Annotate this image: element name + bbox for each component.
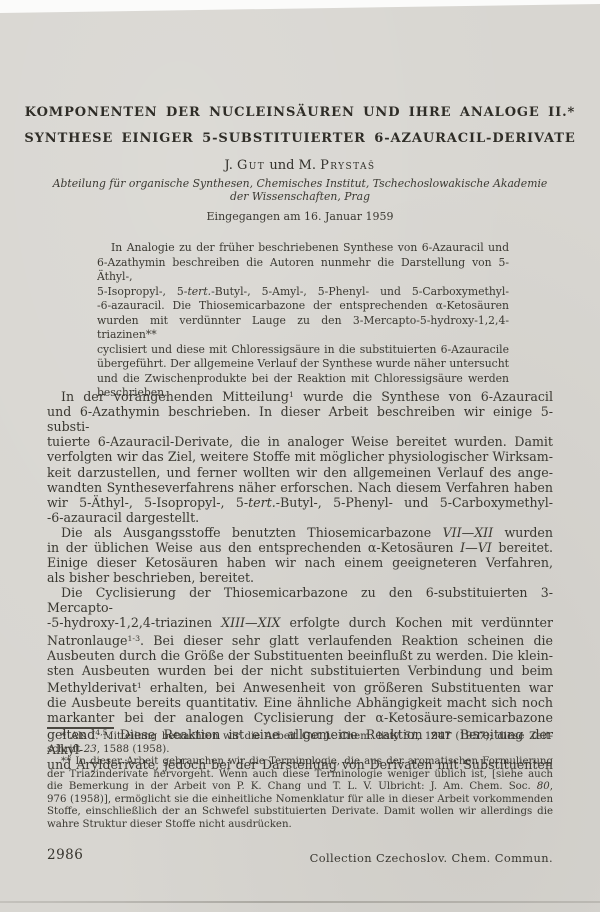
text-run: ** In dieser Arbeit gebrauchen wir die T…: [61, 756, 553, 767]
author1-surname: Gut: [237, 158, 265, 173]
text-run: und die Zwischenprodukte bei der Reaktio…: [97, 372, 509, 385]
text-run: -5-hydroxy-1,2,4-triazinen: [47, 615, 221, 630]
text-line: 5-Isopropyl-, 5-tert.-Butyl-, 5-Amyl-, 5…: [97, 285, 509, 300]
text-run: sten Ausbeuten wurden bei der nicht subs…: [47, 663, 553, 678]
text-run: Ausbeuten durch die Größe der Substituen…: [47, 648, 553, 663]
text-run: , 1588 (1958).: [97, 744, 170, 755]
text-run: verfolgten wir das Ziel, weitere Stoffe …: [47, 449, 553, 464]
text-line: tuierte 6-Azauracil-Derivate, die in ana…: [47, 434, 553, 449]
text-run: 976 (1958)], ermöglicht sie die einheitl…: [47, 794, 553, 805]
text-line: Natronlauge1-3. Bei dieser sehr glatt ve…: [47, 631, 553, 648]
text-run: in der üblichen Weise aus den entspreche…: [47, 540, 460, 555]
text-run: XIII—XIX: [221, 615, 280, 630]
text-run: wurde die Synthese von 6-Azauracil: [294, 389, 553, 404]
authors-connector: und: [265, 158, 298, 173]
text-line: und 6-Azathymin beschrieben. In dieser A…: [47, 404, 553, 434]
text-run: wurden: [493, 525, 553, 540]
text-line: wurden mit verdünnter Lauge zu den 3-Mer…: [97, 314, 509, 343]
text-run: 5-Isopropyl-, 5-: [97, 285, 187, 298]
text-run: * Als I. Mitteilung betrachten wir die A…: [61, 731, 404, 742]
author1-initials: J.: [225, 158, 237, 173]
text-line: der Triazinderivate hervorgeht. Wenn auc…: [47, 769, 553, 782]
text-run: keit darzustellen, und ferner wollten wi…: [47, 465, 553, 480]
text-run: -Butyl-, 5-Phenyl- und 5-Carboxymethyl-: [276, 495, 553, 510]
text-run: Natronlauge: [47, 633, 127, 648]
text-run: -6-azauracil. Die Thiosemicarbazone der …: [97, 299, 509, 312]
text-line: 976 (1958)], ermöglicht sie die einheitl…: [47, 794, 553, 807]
footnote-1: * Als I. Mitteilung betrachten wir die A…: [47, 731, 553, 756]
text-line: Stoffe, einschließlich der an Schwefel s…: [47, 806, 553, 819]
abstract: In Analogie zu der früher beschriebenen …: [97, 241, 509, 401]
text-line: die Ausbeute bereits quantitativ. Eine ä…: [47, 695, 553, 710]
text-run: I—VI: [460, 540, 492, 555]
text-run: schrift: [47, 744, 84, 755]
text-run: als bisher beschrieben, bereitet.: [47, 570, 254, 585]
text-line: als bisher beschrieben, bereitet.: [47, 570, 553, 585]
text-run: , 1947 (1957); diese Zeit-: [417, 731, 553, 742]
text-run: VII—XII: [443, 525, 494, 540]
text-run: Die Cyclisierung der Thiosemicarbazone z…: [47, 585, 553, 615]
text-run: In der vorangehenden Mitteilung: [61, 389, 289, 404]
text-run: bereitet.: [492, 540, 553, 555]
text-line: wahre Struktur dieser Stoffe nicht ausdr…: [47, 819, 553, 832]
text-run: tuierte 6-Azauracil-Derivate, die in ana…: [47, 434, 553, 449]
affiliation-line1: Abteilung für organische Synthesen, Chem…: [0, 178, 600, 191]
footnote-rule: [47, 727, 114, 729]
text-run: 6-Azathymin beschreiben die Autoren nunm…: [97, 256, 509, 284]
text-line: und die Zwischenprodukte bei der Reaktio…: [97, 372, 509, 387]
bottom-page-edge: [0, 901, 600, 903]
article-title: KOMPONENTEN DER NUCLEINSÄUREN UND IHRE A…: [0, 100, 600, 152]
text-run: Die als Ausgangsstoffe benutzten Thiosem…: [61, 525, 443, 540]
text-run: -6-azauracil dargestellt.: [47, 510, 199, 525]
text-run: 1-3: [127, 634, 140, 643]
paragraph-1: In der vorangehenden Mitteilung1 wurde d…: [47, 387, 553, 525]
paragraph-2: Die als Ausgangsstoffe benutzten Thiosem…: [47, 525, 553, 585]
text-line: -5-hydroxy-1,2,4-triazinen XIII—XIX erfo…: [47, 615, 553, 630]
author2-initials: M.: [299, 158, 321, 173]
text-line: cyclisiert und diese mit Chloressigsäure…: [97, 343, 509, 358]
text-run: 23: [84, 744, 97, 755]
text-run: . Bei dieser sehr glatt verlaufenden Rea…: [140, 633, 553, 648]
footnote-2: ** In dieser Arbeit gebrauchen wir die T…: [47, 756, 553, 831]
text-run: -Butyl-, 5-Amyl-, 5-Phenyl- und 5-Carbox…: [211, 285, 509, 298]
text-line: übergeführt. Der allgemeine Verlauf der …: [97, 357, 509, 372]
text-line: verfolgten wir das Ziel, weitere Stoffe …: [47, 449, 553, 464]
text-line: -6-azauracil. Die Thiosemicarbazone der …: [97, 299, 509, 314]
footnotes: * Als I. Mitteilung betrachten wir die A…: [47, 731, 553, 831]
text-line: In der vorangehenden Mitteilung1 wurde d…: [47, 387, 553, 404]
text-line: -6-azauracil dargestellt.: [47, 510, 553, 525]
text-run: wir 5-Äthyl-, 5-Isopropyl-, 5-: [47, 495, 248, 510]
text-line: Methylderivat1 erhalten, bei Anwesenheit…: [47, 678, 553, 695]
article-title-line1: KOMPONENTEN DER NUCLEINSÄUREN UND IHRE A…: [0, 100, 600, 126]
text-run: markanter bei der analogen Cyclisierung …: [47, 710, 553, 725]
text-line: Ausbeuten durch die Größe der Substituen…: [47, 648, 553, 663]
text-line: 6-Azathymin beschreiben die Autoren nunm…: [97, 256, 509, 285]
text-line: in der üblichen Weise aus den entspreche…: [47, 540, 553, 555]
text-run: die Ausbeute bereits quantitativ. Eine ä…: [47, 695, 553, 710]
author2-surname: Prystaš: [320, 158, 375, 173]
text-run: der Triazinderivate hervorgeht. Wenn auc…: [47, 769, 553, 780]
text-run: cyclisiert und diese mit Chloressigsäure…: [97, 343, 509, 356]
affiliation: Abteilung für organische Synthesen, Chem…: [0, 178, 600, 203]
text-run: ,: [550, 781, 553, 792]
text-line: ** In dieser Arbeit gebrauchen wir die T…: [47, 756, 553, 769]
text-line: wir 5-Äthyl-, 5-Isopropyl-, 5-tert.-Buty…: [47, 495, 553, 510]
text-run: wandten Syntheseverfahrens näher erforsc…: [47, 480, 553, 495]
text-run: wurden mit verdünnter Lauge zu den 3-Mer…: [97, 314, 509, 342]
text-run: die Bemerkung in der Arbeit von P. K. Ch…: [47, 781, 537, 792]
text-run: erhalten, bei Anwesenheit von größeren S…: [142, 680, 553, 695]
text-line: die Bemerkung in der Arbeit von P. K. Ch…: [47, 781, 553, 794]
text-run: übergeführt. Der allgemeine Verlauf der …: [97, 357, 509, 370]
text-line: markanter bei der analogen Cyclisierung …: [47, 710, 553, 725]
text-run: und 6-Azathymin beschrieben. In dieser A…: [47, 404, 553, 434]
text-line: wandten Syntheseverfahrens näher erforsc…: [47, 480, 553, 495]
text-run: wahre Struktur dieser Stoffe nicht ausdr…: [47, 819, 292, 830]
text-run: In Analogie zu der früher beschriebenen …: [111, 241, 509, 254]
text-run: Stoffe, einschließlich der an Schwefel s…: [47, 806, 553, 817]
text-line: Die Cyclisierung der Thiosemicarbazone z…: [47, 585, 553, 615]
text-run: 51: [404, 731, 417, 742]
text-line: Die als Ausgangsstoffe benutzten Thiosem…: [47, 525, 553, 540]
text-run: tert.: [248, 495, 276, 510]
text-run: tert.: [187, 285, 211, 298]
article-title-line2: SYNTHESE EINIGER 5-SUBSTITUIERTER 6-AZAU…: [0, 126, 600, 152]
received-date: Eingegangen am 16. Januar 1959: [0, 210, 600, 223]
page-number: 2986: [47, 847, 83, 863]
text-run: Methylderivat: [47, 680, 137, 695]
text-line: In Analogie zu der früher beschriebenen …: [97, 241, 509, 256]
text-line: schrift 23, 1588 (1958).: [47, 744, 553, 757]
body-text: In der vorangehenden Mitteilung1 wurde d…: [47, 387, 553, 773]
affiliation-line2: der Wissenschaften, Prag: [0, 191, 600, 204]
text-line: Einige dieser Ketosäuren haben wir nach …: [47, 555, 553, 570]
journal-name: Collection Czechoslov. Chem. Commun.: [310, 851, 553, 865]
text-line: keit darzustellen, und ferner wollten wi…: [47, 465, 553, 480]
text-line: sten Ausbeuten wurden bei der nicht subs…: [47, 663, 553, 678]
text-line: * Als I. Mitteilung betrachten wir die A…: [47, 731, 553, 744]
text-run: erfolgte durch Kochen mit verdünnter: [281, 615, 553, 630]
text-run: Einige dieser Ketosäuren haben wir nach …: [47, 555, 553, 570]
authors-line: J. Gut und M. Prystaš: [0, 158, 600, 173]
journal-page: KOMPONENTEN DER NUCLEINSÄUREN UND IHRE A…: [0, 0, 600, 912]
text-run: 80: [537, 781, 550, 792]
